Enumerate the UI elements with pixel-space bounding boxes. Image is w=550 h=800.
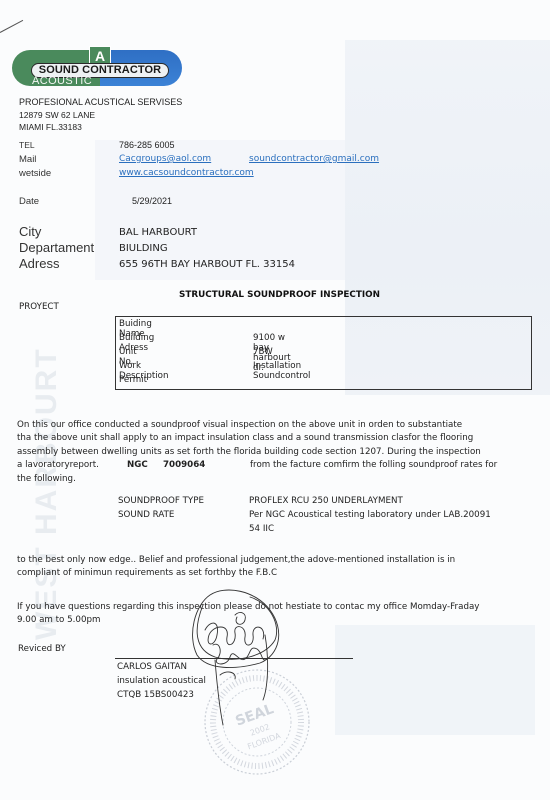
website-link[interactable]: www.cacsoundcontractor.com bbox=[119, 168, 254, 178]
report-suffix: from the facture comfirm the folling sou… bbox=[250, 459, 497, 472]
project-row-key: Permit bbox=[119, 375, 147, 385]
sound-rate-label: SOUND RATE bbox=[118, 510, 174, 520]
paragraph-line: a lavoratoryreport. NGC 7009064 from the… bbox=[17, 459, 537, 472]
paragraph-line: the following. bbox=[17, 473, 537, 486]
scan-shading bbox=[335, 625, 535, 735]
paragraph-line: to the best only now edge.. Belief and p… bbox=[17, 554, 537, 567]
department-label: Departament bbox=[19, 240, 94, 256]
scan-mark bbox=[0, 20, 23, 33]
date-value: 5/29/2021 bbox=[132, 196, 172, 206]
company-tagline: PROFESIONAL ACUSTICAL SERVISES bbox=[19, 97, 182, 107]
document-title: STRUCTURAL SOUNDPROOF INSPECTION bbox=[179, 290, 380, 300]
handwritten-signature bbox=[175, 575, 290, 745]
company-address-line2: MIAMI FL.33183 bbox=[19, 122, 82, 132]
soundproof-type-label: SOUNDPROOF TYPE bbox=[118, 496, 204, 506]
mail-label: Mail bbox=[19, 154, 36, 165]
website-label: wetside bbox=[19, 168, 51, 179]
revised-by-label: Reviced BY bbox=[18, 644, 66, 654]
date-label: Date bbox=[19, 196, 39, 207]
company-address-line1: 12879 SW 62 LANE bbox=[19, 110, 95, 120]
project-row-value: Installation Soundcontrol bbox=[253, 361, 310, 381]
city-value: BAL HARBOURT bbox=[119, 225, 197, 241]
background-watermark: WEST HARBOURT bbox=[30, 347, 64, 640]
ngc-number: 7009064 bbox=[163, 459, 205, 472]
paragraph-line: On this our office conducted a soundproo… bbox=[17, 419, 537, 432]
tel-label: TEL bbox=[19, 140, 35, 150]
soundproof-type-value: PROFLEX RCU 250 UNDERLAYMENT bbox=[249, 496, 403, 506]
address-value: 655 96TH BAY HARBOUT FL. 33154 bbox=[119, 257, 295, 273]
inspection-paragraph: On this our office conducted a soundproo… bbox=[17, 419, 537, 486]
city-label: City bbox=[19, 224, 41, 240]
project-label: PROYECT bbox=[19, 302, 59, 312]
mail-secondary-link[interactable]: soundcontractor@gmail.com bbox=[249, 154, 379, 164]
project-details-box: Buiding Name Building Adress 9100 w bay … bbox=[115, 316, 532, 390]
company-logo: A SOUND CONTRACTOR ACOUSTIC bbox=[12, 50, 182, 86]
address-label: Adress bbox=[19, 256, 59, 272]
paragraph-line: assembly between dwelling units as set f… bbox=[17, 446, 537, 459]
sound-rate-value: Per NGC Acoustical testing laboratory un… bbox=[249, 510, 491, 520]
report-prefix: a lavoratoryreport. bbox=[17, 460, 99, 470]
tel-value: 786-285 6005 bbox=[119, 140, 175, 150]
department-value: BIULDING bbox=[119, 241, 168, 257]
mail-primary-link[interactable]: Cacgroups@aol.com bbox=[119, 154, 211, 164]
ngc-label: NGC bbox=[127, 459, 148, 472]
paragraph-line: tha the above unit shall apply to an imp… bbox=[17, 432, 537, 445]
logo-subtitle: ACOUSTIC bbox=[32, 75, 92, 87]
project-row-value: 7BW bbox=[253, 347, 273, 357]
sound-rate-value-iic: 54 IIC bbox=[249, 524, 274, 534]
